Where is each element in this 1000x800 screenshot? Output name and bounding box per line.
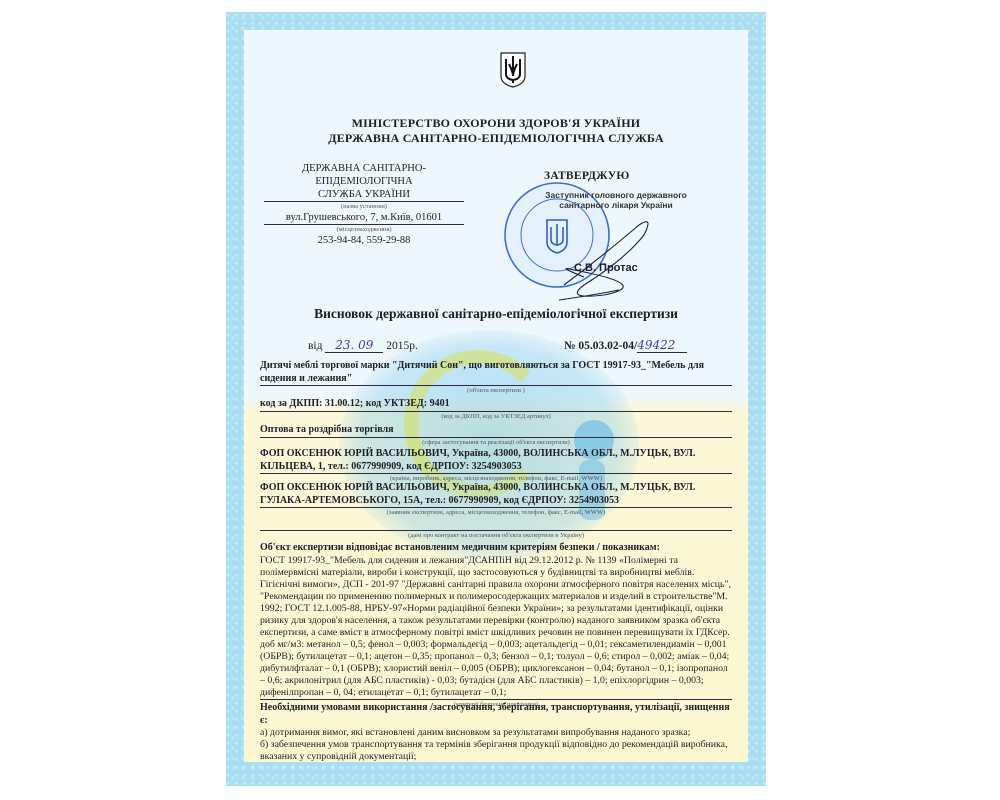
date-handwritten: 23. 09 <box>325 338 383 353</box>
number-handwritten: 49422 <box>637 338 687 353</box>
condition-item: б) забезпечення умов транспортування та … <box>260 739 732 762</box>
certificate-inner: МІНІСТЕРСТВО ОХОРОНИ ЗДОРОВ'Я УКРАЇНИ ДЕ… <box>244 30 748 762</box>
codes-field: код за ДКПП: 31.00.12; код УКТЗЕД: 9401 … <box>260 398 732 421</box>
service-heading: ДЕРЖАВНА САНІТАРНО-ЕПІДЕМІОЛОГІЧНА СЛУЖБ… <box>244 131 748 146</box>
document-title: Висновок державної санітарно-епідеміолог… <box>244 306 748 322</box>
approver-position: Заступник головного державного санітарно… <box>536 190 696 210</box>
criteria-heading: Об'єкт експертизи відповідає встановлени… <box>260 542 732 555</box>
institution-phones: 253-94-84, 559-29-88 <box>264 234 464 247</box>
signer-name: С.В. Протас <box>574 262 638 274</box>
trident-emblem-icon <box>500 52 526 88</box>
applicant-field: ФОП ОКСЕНЮК ЮРІЙ ВАСИЛЬОВИЧ, Україна, 43… <box>260 482 732 517</box>
criteria-text: ГОСТ 19917-93_"Мебель для сидения и лежа… <box>260 555 732 700</box>
institution-address-caption: (місцезнаходження) <box>264 225 464 234</box>
contract-field: (дані про контракт на постачання об'єкта… <box>260 518 732 540</box>
certificate-paper: МІНІСТЕРСТВО ОХОРОНИ ЗДОРОВ'Я УКРАЇНИ ДЕ… <box>226 12 766 786</box>
approve-title: ЗАТВЕРДЖУЮ <box>544 170 630 182</box>
object-field: Дитячі меблі торгової марки "Дитячий Сон… <box>260 360 732 395</box>
criteria-section: Об'єкт експертизи відповідає встановлени… <box>260 542 732 709</box>
conditions-section: Необхідними умовами використання /застос… <box>260 702 732 762</box>
condition-item: а) дотримання вимог, які встановлені дан… <box>260 727 732 739</box>
manufacturer-field: ФОП ОКСЕНЮК ЮРІЙ ВАСИЛЬОВИЧ, Україна, 43… <box>260 448 732 483</box>
document-date: від 23. 09 2015р. <box>308 338 418 353</box>
scope-field: Оптова та роздрібна торгівля (сфера заст… <box>260 424 732 447</box>
institution-address: вул.Грушевського, 7, м.Київ, 01601 <box>264 211 464 225</box>
institution-name: ДЕРЖАВНА САНІТАРНО-ЕПІДЕМІОЛОГІЧНА СЛУЖБ… <box>264 162 464 202</box>
institution-name-caption: (назва установи) <box>264 202 464 211</box>
conditions-heading: Необхідними умовами використання /застос… <box>260 702 732 727</box>
institution-block: ДЕРЖАВНА САНІТАРНО-ЕПІДЕМІОЛОГІЧНА СЛУЖБ… <box>264 162 464 247</box>
ministry-heading: МІНІСТЕРСТВО ОХОРОНИ ЗДОРОВ'Я УКРАЇНИ <box>244 116 748 131</box>
signature-icon <box>544 215 694 305</box>
document-number: № 05.03.02-04/49422 <box>564 338 687 353</box>
